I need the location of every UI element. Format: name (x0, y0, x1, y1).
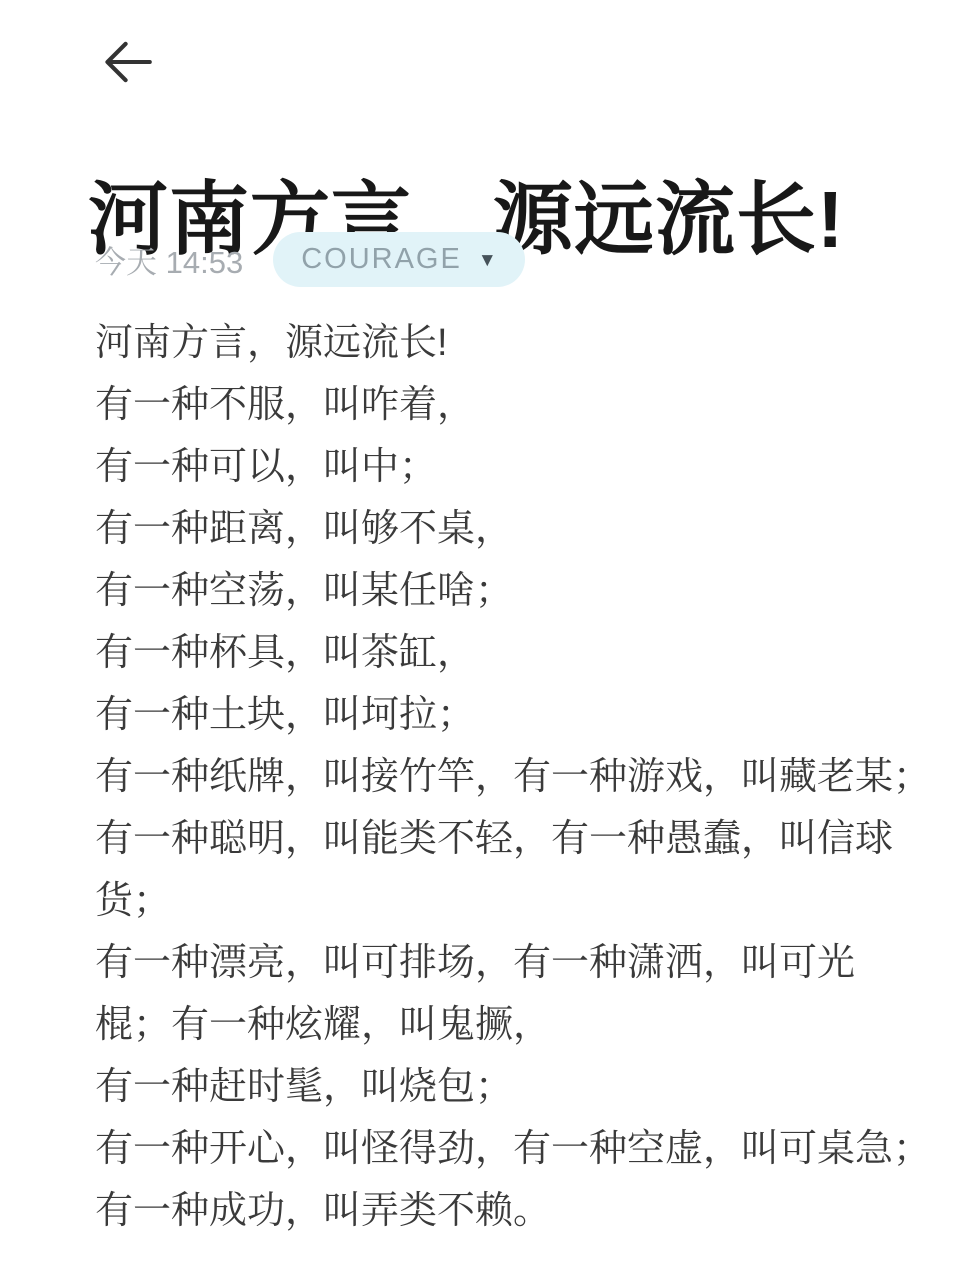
caret-down-icon: ▼ (478, 250, 497, 272)
article-line: 货； (95, 870, 885, 932)
article-line: 有一种杯具，叫茶缸， (95, 622, 885, 684)
article-line: 有一种土块，叫坷拉； (95, 684, 885, 746)
article-line: 河南方言，源远流长! (95, 312, 885, 374)
article-line: 有一种纸牌，叫接竹竿，有一种游戏，叫藏老某； (95, 746, 885, 808)
article-line: 有一种成功，叫弄类不赖。 (95, 1180, 885, 1242)
article-line: 有一种开心，叫怪得劲，有一种空虚，叫可桌急； (95, 1118, 885, 1180)
article-line: 有一种空荡，叫某任啥； (95, 560, 885, 622)
article-line: 有一种聪明，叫能类不轻，有一种愚蠢，叫信球 (95, 808, 885, 870)
article-line: 棍；有一种炫耀，叫鬼撅， (95, 994, 885, 1056)
back-arrow-icon (97, 33, 159, 91)
post-detail-screen: 河南方言，源远流长! 今天 14:53 COURAGE ▼ 河南方言，源远流长!… (0, 0, 960, 1280)
back-button[interactable] (92, 28, 164, 96)
article-line: 有一种可以，叫中； (95, 436, 885, 498)
post-meta-row: 今天 14:53 COURAGE ▼ (95, 232, 525, 287)
post-timestamp: 今天 14:53 (95, 237, 243, 282)
tag-dropdown-button[interactable]: COURAGE ▼ (273, 232, 524, 287)
article-line: 有一种赶时髦，叫烧包； (95, 1056, 885, 1118)
article-line: 有一种不服，叫咋着， (95, 374, 885, 436)
article-body: 河南方言，源远流长! 有一种不服，叫咋着， 有一种可以，叫中； 有一种距离，叫够… (95, 312, 885, 1242)
article-line: 有一种漂亮，叫可排场，有一种潇洒，叫可光 (95, 932, 885, 994)
article-line: 有一种距离，叫够不桌， (95, 498, 885, 560)
tag-label: COURAGE (301, 243, 462, 276)
